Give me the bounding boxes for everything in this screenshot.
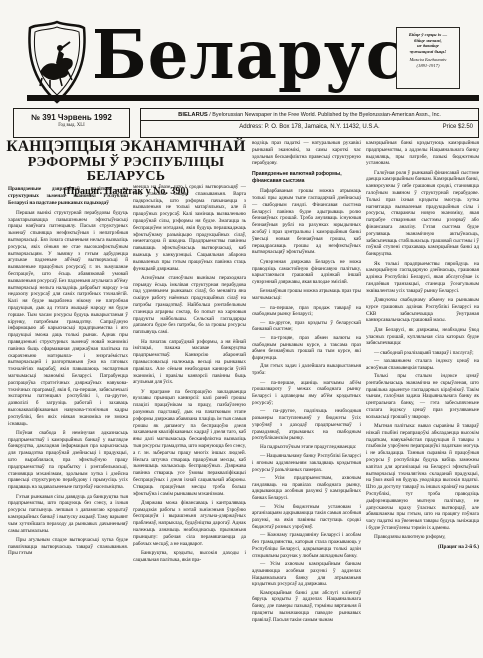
col4-paragraph-2: Галоўная роля ў рынкавай фінансавай сыст… xyxy=(366,170,479,258)
publisher-address: Address: P. O. Box 178, Jamaica, N.Y. 11… xyxy=(239,124,379,130)
col3-paragraph-7: — па-другое, праз крэдыты ў беларускай б… xyxy=(252,320,361,334)
col1-paragraph-4: Гэтыя рынкавыя сілы давядуць да банкруцт… xyxy=(8,494,128,535)
col3-paragraph-17: — Усім ахвочым камэрцыйным банкам адчыня… xyxy=(252,561,361,588)
col4-paragraph-7: — захаваньнем сталага індэксу цэнаў на а… xyxy=(366,358,479,372)
col3-paragraph-8: — па-трэцяе, праз абмен валюты на свабод… xyxy=(252,335,361,362)
col4-paragraph-3: Як толькі прадпрыемствы пяройдуць на кам… xyxy=(366,261,479,295)
col3-paragraph-12: На падрыхтоўчым этапе прадугледжваецца: xyxy=(252,444,361,451)
col3-paragraph-15: — Усім бюджэтным установам і арганізацыя… xyxy=(252,504,361,531)
quote-years: (1891-1917) xyxy=(399,63,457,69)
col3-paragraph-11: — па-другое, падлічыць неабходныя разьме… xyxy=(252,408,361,442)
col2-paragraph-3: На пачатак сапраўднай рэформы, а ня ёйна… xyxy=(133,339,246,387)
col2-paragraph-4: У праграме па беспрацоўю закладваецца ву… xyxy=(133,389,246,498)
publisher-name: BIELARUS xyxy=(178,112,208,118)
col3-paragraph-10: — па-першае, ацаніць магчымы аб'ём гроша… xyxy=(252,380,361,407)
continuation-notice: (Працяг на 2-й б.) xyxy=(366,544,479,551)
issue-box: № 391 Чэрвень 1992 Год выд. XLI xyxy=(13,108,130,138)
headline-line1: КАНЦЭПЦЫЯ ЭКАНАМІЧНАЙ xyxy=(6,139,246,155)
col3-paragraph-2: Правядзеньне валютнай рэформы, фінансава… xyxy=(252,171,361,185)
masthead-quote-box: Бійце ў сэрцы іх — бійце мячамі, не дава… xyxy=(396,27,460,89)
col2-paragraph-5: Дзяржава можа фінансаваць і кантраляваць… xyxy=(133,500,246,548)
col1-paragraph-5: Пры агульным спадзе вытворчасьці хутка б… xyxy=(8,537,128,557)
col1-paragraph-1: Правядзеньне дзяржаўнай палітыкі на стру… xyxy=(8,186,128,206)
issue-number: № 391 Чэрвень 1992 xyxy=(14,113,129,122)
col4-paragraph-4: Дзякуючы свабоднаму абмену на рынкавым к… xyxy=(366,297,479,324)
col4-paragraph-9: Мытная палітыка: вываз сыравіны й тавара… xyxy=(366,423,479,532)
publisher-info-box: BIELARUS / Byelorussian Newspaper in the… xyxy=(140,108,479,138)
article-column-4: камэрцыйныя банкі крэдытуюць камэрцыйныя… xyxy=(366,140,479,656)
article-column-3: водзіць праз падаткі — натуральныя рухав… xyxy=(252,140,361,657)
col4-paragraph-8: Толькі пры сталым індэксе цэнаў рэнтабел… xyxy=(366,373,479,421)
headline-line2: РЭФОРМЫ Ў РЭСПУБЛІЦЫ БЕЛАРУСЬ xyxy=(6,156,246,184)
col2-paragraph-2: Асноўным станоўчым вынікам пераходнага п… xyxy=(133,275,246,336)
issue-year: Год выд. XLI xyxy=(14,123,129,128)
col3-paragraph-14: — Усім прадпрыемствам, ахвочым гандлявац… xyxy=(252,475,361,502)
col3-paragraph-9: Для гэтых задач і далейшага выкарыстаньн… xyxy=(252,363,361,377)
col3-paragraph-4: Сувэрэнная дзяржава Беларусь не можа пра… xyxy=(252,259,361,286)
quote-text: Бійце ў сэрцы іх — бійце мячамі, не дава… xyxy=(399,32,457,54)
col1-paragraph-2: Першыя вынікі структурнай перабудовы буд… xyxy=(8,210,128,428)
col2-paragraph-6: Банкруцтва, крэдыты, высокія даходы і са… xyxy=(133,550,246,564)
col1-paragraph-3: Поўная свабода й немінучая адказнасьць п… xyxy=(8,430,128,491)
col2-paragraph-1: меецца на ўвазе, што і сродкі вытворчась… xyxy=(133,184,246,272)
address-line: Address: P. O. Box 178, Jamaica, N.Y. 11… xyxy=(141,121,478,130)
price-label: Price $2.50 xyxy=(443,124,473,130)
col4-paragraph-10: Праводзячы валютную рэформу, xyxy=(366,534,479,541)
col3-paragraph-18: Камэрцыйныя банкі для абслугі кліентаў б… xyxy=(252,590,361,624)
col3-paragraph-6: — па-першае, праз продаж тавараў на сваб… xyxy=(252,305,361,319)
article-column-1: Правядзеньне дзяржаўнай палітыкі на стру… xyxy=(8,186,128,623)
col4-paragraph-5: Для Беларусі, як дзяржавы, неабходны ўво… xyxy=(366,327,479,347)
article-column-2: меецца на ўвазе, што і сродкі вытворчась… xyxy=(133,184,246,656)
newspaper-front-page: Беларус Бійце ў сэрцы іх — бійце мячамі,… xyxy=(0,0,483,658)
masthead-rule xyxy=(27,95,479,101)
col3-paragraph-16: — Кожнаму грамадзяніну Беларусі і асобам… xyxy=(252,532,361,559)
col4-paragraph-6: — свабоднай рэалізацыяй тавараў і паслуг… xyxy=(366,350,479,357)
col3-paragraph-13: — Нацыянальнаму банку Рэспублікі Беларус… xyxy=(252,453,361,473)
publisher-name-suffix: / Byelorussian Newspaper in the Free Wor… xyxy=(208,112,441,118)
col3-paragraph-3: Пафарбаваныя грошы можна атрымаць толькі… xyxy=(252,188,361,256)
col3-paragraph-5: Безнаяўныя грошы можна атрымаць праз тры… xyxy=(252,288,361,302)
publisher-line: BIELARUS / Byelorussian Newspaper in the… xyxy=(141,109,478,121)
pahonia-emblem-icon xyxy=(26,20,88,104)
col4-paragraph-1: камэрцыйныя банкі крэдытуюць камэрцыйныя… xyxy=(366,140,479,167)
col3-paragraph-1: водзіць праз падаткі — натуральныя рухав… xyxy=(252,140,361,167)
masthead-title: Беларус xyxy=(92,14,392,101)
